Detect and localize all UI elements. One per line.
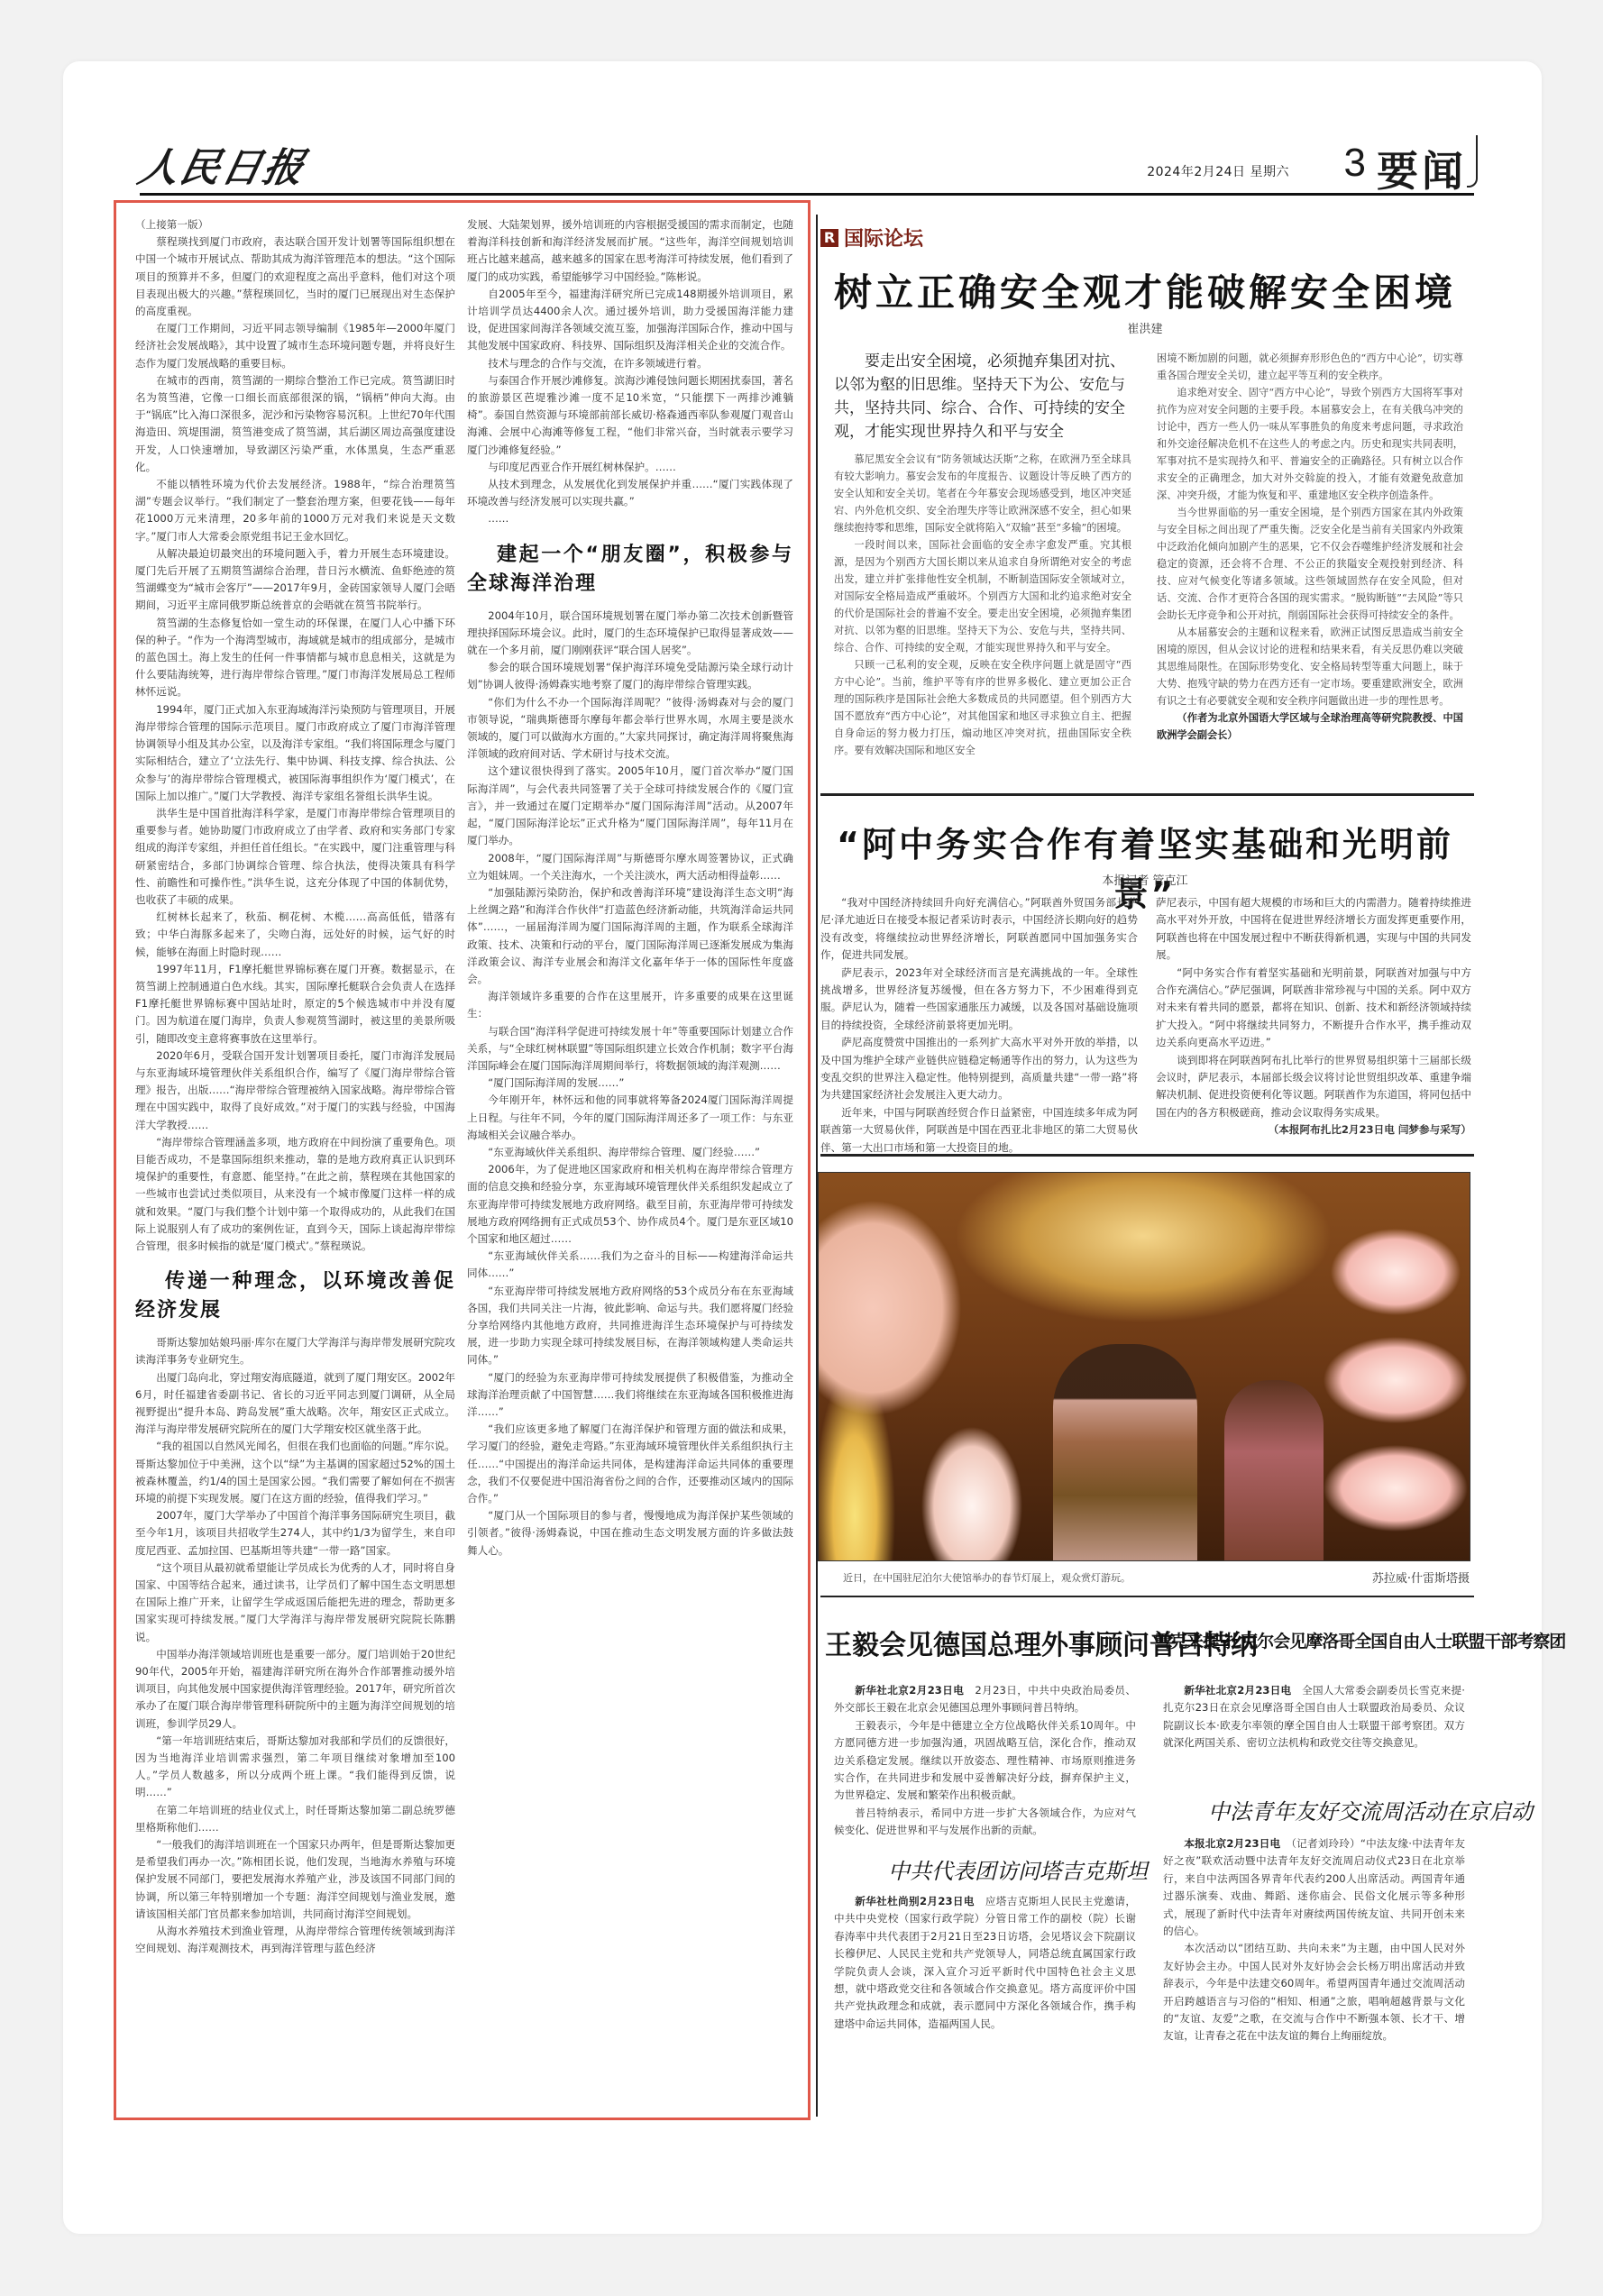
uae-dateline: （本报阿布扎比2月23日电 闫梦参与采写）	[1156, 1121, 1471, 1139]
paragraph: 2008年，“厦门国际海洋周”与斯德哥尔摩水周签署协议，正式确立为姐妹周。一个关…	[467, 850, 793, 884]
dateline: 新华社北京2月23日电	[1184, 1684, 1291, 1697]
paragraph: 从技术到理念，从发展优化到发展保护并重……“厦门实践体现了环境改善与经济发展可以…	[467, 476, 793, 510]
subheading-friends-circle: 建起一个“朋友圈”，积极参与全球海洋治理	[467, 541, 793, 599]
photo-caption: 近日，在中国驻尼泊尔大使馆举办的春节灯展上，观众赏灯游玩。	[843, 1570, 1131, 1585]
paragraph: “加强陆源污染防治，保护和改善海洋环境”建设海洋生态文明“海上丝绸之路”和海洋合…	[467, 884, 793, 988]
paragraph: 王毅表示，今年是中德建立全方位战略伙伴关系10周年。中方愿同德方进一步加强沟通，…	[834, 1717, 1136, 1805]
forum-section-tag: R 国际论坛	[820, 224, 923, 252]
paragraph: 洪华生是中国首批海洋科学家，是厦门市海岸带综合管理项目的重要参与者。她协助厦门市…	[135, 805, 455, 909]
paragraph: “厦门国际海洋周的发展……”	[467, 1075, 793, 1092]
paragraph: “这个项目从最初就希望能让学员成长为优秀的人才，同时将自身国家、中国等结合起来，…	[135, 1560, 455, 1646]
brief-tajikistan-body: 新华社杜尚别2月23日电 应塔吉克斯坦人民民主党邀请，中共中央党校（国家行政学院…	[834, 1893, 1136, 2033]
section-title: 要闻	[1377, 139, 1467, 198]
paragraph: 不能以牺牲环境为代价去发展经济。1988年，“综合治理筼筜湖”专题会议举行。“我…	[135, 476, 455, 545]
brief-morocco-body: 新华社北京2月23日电 全国人大常委会副委员长雪克来提·扎克尔23日在京会见摩洛…	[1163, 1682, 1465, 1752]
photo-credit: 苏拉威·什雷斯塔摄	[1372, 1569, 1470, 1586]
paragraph: 新华社杜尚别2月23日电 应塔吉克斯坦人民民主党邀请，中共中央党校（国家行政学院…	[834, 1893, 1136, 2033]
paragraph: 追求绝对安全、固守“西方中心论”，导致个别西方大国将军事对抗作为应对安全问题的主…	[1157, 384, 1463, 504]
paragraph: 今年刚开年，林怀远和他的同事就将筹备2024厦门国际海洋周提上日程。与往年不同，…	[467, 1092, 793, 1144]
lantern-festival-photo	[818, 1172, 1470, 1561]
paragraph: “一般我们的海洋培训班在一个国家只办两年，但是哥斯达黎加更是希望我们再办一次。”…	[135, 1836, 455, 1923]
dateline: 新华社杜尚别2月23日电	[855, 1895, 975, 1907]
brief-sino-french-body: 本报北京2月23日电 （记者刘玲玲）“中法友缘·中法青年友好之夜”联欢活动暨中法…	[1163, 1835, 1465, 2045]
paragraph: “我的祖国以自然风光闻名，但很在我们也面临的问题。”库尔说。哥斯达黎加位于中美洲…	[135, 1438, 455, 1507]
forum-column-2: 困境不断加剧的问题，就必须摒弃形形色色的“西方中心论”，切实尊重各国合理安全关切…	[1157, 350, 1463, 744]
section-rule	[820, 1596, 1474, 1597]
paragraph: “海岸带综合管理涵盖多项，地方政府在中间扮演了重要角色。项目能否成功，不是靠国际…	[135, 1134, 455, 1255]
paragraph: 与联合国“海洋科学促进可持续发展十年”等重要国际计划建立合作关系，与“全球红树林…	[467, 1023, 793, 1075]
paragraph: 从海水养殖技术到渔业管理，从海岸带综合管理传统领域到海洋空间规划、海洋观测技术，…	[135, 1923, 455, 1957]
paragraph: 普吕特纳表示，希同中方进一步扩大各领域合作，为应对气候变化、促进世界和平与发展作…	[834, 1805, 1136, 1840]
dateline: 本报北京2月23日电	[1184, 1837, 1280, 1850]
paragraph: 慕尼黑安全会议有“防务领域达沃斯”之称，在欧洲乃至全球具有较大影响力。慕安会发布…	[834, 451, 1131, 536]
paragraph: 2006年，为了促进地区国家政府和相关机构在海岸带综合管理方面的信息交换和经验分…	[467, 1161, 793, 1248]
paragraph: 新华社北京2月23日电 全国人大常委会副委员长雪克来提·扎克尔23日在京会见摩洛…	[1163, 1682, 1465, 1752]
paragraph: 与印度尼西亚合作开展红树林保护。……	[467, 459, 793, 476]
paragraph: 从解决最迫切最突出的环境问题入手，着力开展生态环境建设。厦门先后开展了五期筼筜湖…	[135, 545, 455, 615]
issue-date: 2024年2月24日 星期六	[1147, 162, 1289, 180]
paragraph: 谈到即将在阿联酋阿布扎比举行的世界贸易组织第十三届部长级会议时，萨尼表示，本届部…	[1156, 1052, 1471, 1122]
paragraph: “我们应该更多地了解厦门在海洋保护和管理方面的做法和成果，学习厦门的经验，避免走…	[467, 1421, 793, 1507]
page-number: 3	[1344, 141, 1366, 186]
forum-tag-label: 国际论坛	[844, 224, 923, 252]
paragraph: 红树林长起来了，秋茄、桐花树、木榄……高高低低，错落有致；中华白海豚多起来了，尖…	[135, 909, 455, 961]
paragraph: 技术与理念的合作与交流，在许多领域进行着。	[467, 355, 793, 372]
left-article-column-2: 发展、大陆架划界，援外培训班的内容根据受援国的需求而制定，也随着海洋科技创新和海…	[467, 216, 793, 1560]
section-bracket-decoration	[1467, 135, 1478, 188]
paragraph: 筼筜湖的生态修复恰如一堂生动的环保课，在厦门人心中播下环保的种子。“作为一个海湾…	[135, 615, 455, 701]
paragraph: “东亚海域伙伴关系组织、海岸带综合管理、厦门经验……”	[467, 1144, 793, 1161]
paragraph: 蔡程瑛找到厦门市政府，表达联合国开发计划署等国际组织想在中国一个城市开展试点、帮…	[135, 233, 455, 320]
paragraph-text: （记者刘玲玲）“中法友缘·中法青年友好之夜”联欢活动暨中法青年友好交流周启动仪式…	[1163, 1837, 1465, 1937]
masthead: 人民日报 2024年2月24日 星期六 3 要闻	[140, 135, 1474, 191]
paragraph: 新华社北京2月23日电 2月23日，中共中央政治局委员、外交部长王毅在北京会见德…	[834, 1682, 1136, 1717]
section-rule	[820, 1154, 1474, 1157]
paragraph: 与泰国合作开展沙滩修复。滨海沙滩侵蚀问题长期困扰泰国，著名的旅游景区芭堤雅沙滩一…	[467, 372, 793, 459]
newspaper-logo: 人民日报	[133, 135, 312, 193]
paragraph: 参会的联合国环境规划署“保护海洋环境免受陆源污染全球行动计划”协调人彼得·汤姆森…	[467, 659, 793, 693]
brief-wangyi-body: 新华社北京2月23日电 2月23日，中共中央政治局委员、外交部长王毅在北京会见德…	[834, 1682, 1136, 1840]
paragraph: 困境不断加剧的问题，就必须摒弃形形色色的“西方中心论”，切实尊重各国合理安全关切…	[1157, 350, 1463, 384]
paragraph: 2007年，厦门大学举办了中国首个海洋事务国际研究生项目，截至今年1月，该项目共…	[135, 1507, 455, 1560]
paragraph: 只顾一己私利的安全观，反映在安全秩序问题上就是固守“西方中心论”。当前，维护平等…	[834, 656, 1131, 759]
paragraph: 自2005年至今，福建海洋研究所已完成148期援外培训项目，累计培训学员达440…	[467, 286, 793, 355]
photo-subject-woman	[1053, 1344, 1197, 1560]
paragraph: 萨尼表示，2023年对全球经济而言是充满挑战的一年。全球性挑战增多，世界经济复苏…	[820, 965, 1138, 1035]
paragraph: 2020年6月，受联合国开发计划署项目委托，厦门市海洋发展局与东亚海域环境管理伙…	[135, 1047, 455, 1134]
forum-lead: 要走出安全困境，必须抛弃集团对抗、以邻为壑的旧思维。坚持天下为公、安危与共，坚持…	[834, 350, 1127, 444]
paragraph: 这个建议很快得到了落实。2005年10月，厦门首次举办“厦门国际海洋周”，与会代…	[467, 763, 793, 849]
uae-column-2: 萨尼表示，中国有超大规模的市场和巨大的内需潜力。随着持续推进高水平对外开放，中国…	[1156, 894, 1471, 1139]
uae-column-1: “我对中国经济持续回升向好充满信心。”阿联酋外贸国务部长萨尼·泽尤迪近日在接受本…	[820, 894, 1138, 1157]
paragraph: 在第二年培训班的结业仪式上，时任哥斯达黎加第二副总统罗德里格斯称他们……	[135, 1802, 455, 1836]
paragraph: 萨尼表示，中国有超大规模的市场和巨大的内需潜力。随着持续推进高水平对外开放，中国…	[1156, 894, 1471, 965]
paragraph: ……	[467, 510, 793, 527]
forum-byline: 崔洪建	[811, 319, 1479, 336]
paragraph: 萨尼高度赞赏中国推出的一系列扩大高水平对外开放的举措，以及中国为维护全球产业链供…	[820, 1034, 1138, 1104]
paragraph: “阿中务实合作有着坚实基础和光明前景，阿联酋对加强与中方合作充满信心。”萨尼强调…	[1156, 965, 1471, 1052]
forum-column-1: 慕尼黑安全会议有“防务领域达沃斯”之称，在欧洲乃至全球具有较大影响力。慕安会发布…	[834, 451, 1131, 759]
uae-byline: 本报记者 管克江	[811, 871, 1479, 888]
continued-from-note: （上接第一版）	[135, 216, 455, 233]
paragraph: “厦门从一个国际项目的参与者，慢慢地成为海洋保护某些领域的引领者。”彼得·汤姆森…	[467, 1507, 793, 1560]
paragraph: 2004年10月，联合国环境规划署在厦门举办第二次技术创新暨管理抉择国际环境会议…	[467, 608, 793, 660]
paragraph: 发展、大陆架划界，援外培训班的内容根据受援国的需求而制定，也随着海洋科技创新和海…	[467, 216, 793, 286]
paragraph: 哥斯达黎加姑娘玛丽·库尔在厦门大学海洋与海岸带发展研究院攻读海洋事务专业研究生。	[135, 1334, 455, 1368]
author-note: （作者为北京外国语大学区域与全球治理高等研究院教授、中国欧洲学会副会长）	[1157, 709, 1463, 744]
paragraph: “你们为什么不办一个国际海洋周呢？”彼得·汤姆森对与会的厦门市领导说，“瑞典斯德…	[467, 694, 793, 764]
paragraph: “厦门的经验为东亚海岸带可持续发展提供了积极借鉴，为推动全球海洋治理贡献了中国智…	[467, 1369, 793, 1422]
paragraph: 一段时间以来，国际社会面临的安全赤字愈发严重。究其根源，是因为个别西方大国长期以…	[834, 536, 1131, 656]
paragraph: “东亚海岸带可持续发展地方政府网络的53个成员分布在东亚海域各国，我们共同关注一…	[467, 1283, 793, 1369]
paragraph: 海洋领域许多重要的合作在这里展开，许多重要的成果在这里诞生：	[467, 988, 793, 1022]
paragraph-text: 应塔吉克斯坦人民民主党邀请，中共中央党校（国家行政学院）分管日常工作的副校（院）…	[834, 1895, 1136, 2030]
paragraph: 从本届慕安会的主题和议程来看，欧洲正试图反思造成当前安全困境的原因，但从会议讨论…	[1157, 624, 1463, 709]
paragraph: 1994年，厦门正式加入东亚海域海洋污染预防与管理项目，开展海岸带综合管理的国际…	[135, 701, 455, 805]
paragraph: 在城市的西南，筼筜湖的一期综合整治工作已完成。筼筜湖旧时名为筼筜港，它像一口细长…	[135, 372, 455, 476]
photo-background-visitors	[1224, 1380, 1324, 1560]
dateline: 新华社北京2月23日电	[855, 1684, 964, 1697]
paragraph: 当今世界面临的另一重安全困境，是个别西方国家在其内外政策与安全目标之间出现了严重…	[1157, 504, 1463, 624]
paragraph: 本报北京2月23日电 （记者刘玲玲）“中法友缘·中法青年友好之夜”联欢活动暨中法…	[1163, 1835, 1465, 1940]
paragraph: 中国举办海洋领域培训班也是重要一部分。厦门培训始于20世纪90年代，2005年开…	[135, 1646, 455, 1733]
paragraph: “第一年培训班结束后，哥斯达黎加对我部和学员们的反馈很好，因为当地海洋业培训需求…	[135, 1733, 455, 1802]
section-rule	[820, 793, 1474, 796]
paragraph: 1997年11月，F1摩托艇世界锦标赛在厦门开赛。数据显示，在筼筜湖上控制通道白…	[135, 961, 455, 1047]
column-divider	[816, 215, 818, 2117]
paragraph: “我对中国经济持续回升向好充满信心。”阿联酋外贸国务部长萨尼·泽尤迪近日在接受本…	[820, 894, 1138, 965]
masthead-rule	[140, 193, 1474, 196]
r-logo-icon: R	[820, 229, 838, 247]
paragraph: 在厦门工作期间，习近平同志领导编制《1985年—2000年厦门经济社会发展战略》…	[135, 320, 455, 372]
brief-headline-tajikistan: 中共代表团访问塔吉克斯坦	[888, 1853, 1148, 1885]
forum-lead-text: 要走出安全困境，必须抛弃集团对抗、以邻为壑的旧思维。坚持天下为公、安危与共，坚持…	[834, 350, 1127, 444]
brief-headline-morocco: 雪克来提·扎克尔会见摩洛哥全国自由人士联盟干部考察团	[1154, 1628, 1565, 1652]
brief-headline-sino-french-youth: 中法青年友好交流周活动在京启动	[1208, 1794, 1533, 1825]
left-article-column-1: （上接第一版） 蔡程瑛找到厦门市政府，表达联合国开发计划署等国际组织想在中国一个…	[135, 216, 455, 1958]
paragraph: “东亚海域伙伴关系……我们为之奋斗的目标——构建海洋命运共同体……”	[467, 1248, 793, 1282]
paragraph: 近年来，中国与阿联酋经贸合作日益紧密，中国连续多年成为阿联酋第一大贸易伙伴，阿联…	[820, 1104, 1138, 1157]
forum-headline: 树立正确安全观才能破解安全困境	[811, 263, 1479, 317]
paragraph: 本次活动以“团结互助、共向未来”为主题，由中国人民对外友好协会主办。中国人民对外…	[1163, 1940, 1465, 2044]
paragraph: 出厦门岛向北，穿过翔安海底隧道，就到了厦门翔安区。2002年6月，时任福建省委副…	[135, 1369, 455, 1439]
subheading-environment: 传递一种理念，以环境改善促经济发展	[135, 1267, 455, 1325]
